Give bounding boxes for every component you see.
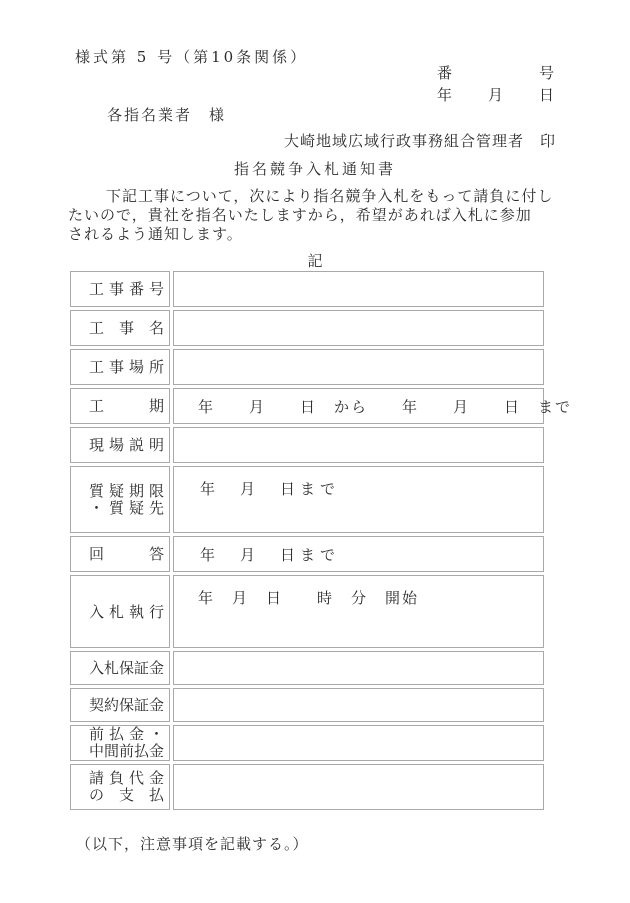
row-label-cell: 工期 <box>70 388 170 424</box>
row-value-cell <box>173 651 544 685</box>
row-label: 請負代金 の支払 <box>89 770 164 804</box>
footer-note: （以下，注意事項を記載する。） <box>76 833 309 854</box>
document-number-line: 番 号 <box>437 62 556 83</box>
row-label: 契約保証金 <box>89 697 164 714</box>
table-row-construction-site: 工事場所 <box>70 349 544 385</box>
row-value-cell: 年 月 日 から 年 月 日 まで <box>173 388 544 424</box>
row-label-cell: 質疑期限 ・質疑先 <box>70 466 170 533</box>
row-value-cell <box>173 427 544 463</box>
document-page: 様式第 5 号（第10条関係） 番 号 年 月 日 各指名業者 様 大崎地域広域… <box>0 0 630 903</box>
row-value-cell <box>173 764 544 810</box>
row-value-cell <box>173 310 544 346</box>
row-value-cell <box>173 725 544 761</box>
row-label-cell: 契約保証金 <box>70 688 170 722</box>
row-label-cell: 入札保証金 <box>70 651 170 685</box>
row-value-cell <box>173 271 544 307</box>
row-label: 入札執行 <box>89 604 164 621</box>
body-paragraph: 下記工事について，次により指名競争入札をもって請負に付し たいので，貴社を指名い… <box>68 187 560 244</box>
row-label: 前払金・ 中間前払金 <box>89 726 164 760</box>
row-label: 工事場所 <box>89 359 164 376</box>
table-row-construction-number: 工事番号 <box>70 271 544 307</box>
row-label: 現場説明 <box>89 437 164 454</box>
row-value-cell: 年 月 日まで <box>173 536 544 572</box>
row-value-cell <box>173 349 544 385</box>
sender-line: 大崎地域広域行政事務組合管理者 印 <box>284 130 556 151</box>
row-value-cell <box>173 688 544 722</box>
row-label: 工期 <box>89 398 164 415</box>
document-title: 指名競争入札通知書 <box>0 158 630 179</box>
table-row-question-deadline: 質疑期限 ・質疑先 年 月 日まで <box>70 466 544 533</box>
form-table: 工事番号 工事名 工事場所 工期 年 月 日 から 年 月 日 まで 現場説明 … <box>67 268 547 813</box>
addressee-line: 各指名業者 様 <box>107 104 226 125</box>
form-number: 様式第 5 号（第10条関係） <box>75 46 308 67</box>
row-label-cell: 入札執行 <box>70 575 170 648</box>
row-value-cell: 年 月 日まで <box>173 466 544 533</box>
row-label: 質疑期限 ・質疑先 <box>89 483 164 517</box>
row-label: 工事番号 <box>89 281 164 298</box>
date-line: 年 月 日 <box>437 84 556 105</box>
row-value-cell: 年 月 日 時 分 開始 <box>173 575 544 648</box>
table-row-reply: 回答 年 月 日まで <box>70 536 544 572</box>
row-label-cell: 請負代金 の支払 <box>70 764 170 810</box>
row-label-cell: 前払金・ 中間前払金 <box>70 725 170 761</box>
row-label: 入札保証金 <box>89 660 164 677</box>
row-label-cell: 現場説明 <box>70 427 170 463</box>
table-row-contract-bond: 契約保証金 <box>70 688 544 722</box>
row-label-cell: 工事名 <box>70 310 170 346</box>
row-label: 回答 <box>89 546 164 563</box>
row-label-cell: 工事番号 <box>70 271 170 307</box>
table-row-advance-payment: 前払金・ 中間前払金 <box>70 725 544 761</box>
table-row-bid-execution: 入札執行 年 月 日 時 分 開始 <box>70 575 544 648</box>
table-row-construction-name: 工事名 <box>70 310 544 346</box>
table-row-site-briefing: 現場説明 <box>70 427 544 463</box>
row-label: 工事名 <box>89 320 164 337</box>
table-row-construction-period: 工期 年 月 日 から 年 月 日 まで <box>70 388 544 424</box>
table-row-bid-bond: 入札保証金 <box>70 651 544 685</box>
row-label-cell: 工事場所 <box>70 349 170 385</box>
row-label-cell: 回答 <box>70 536 170 572</box>
table-row-contract-payment: 請負代金 の支払 <box>70 764 544 810</box>
